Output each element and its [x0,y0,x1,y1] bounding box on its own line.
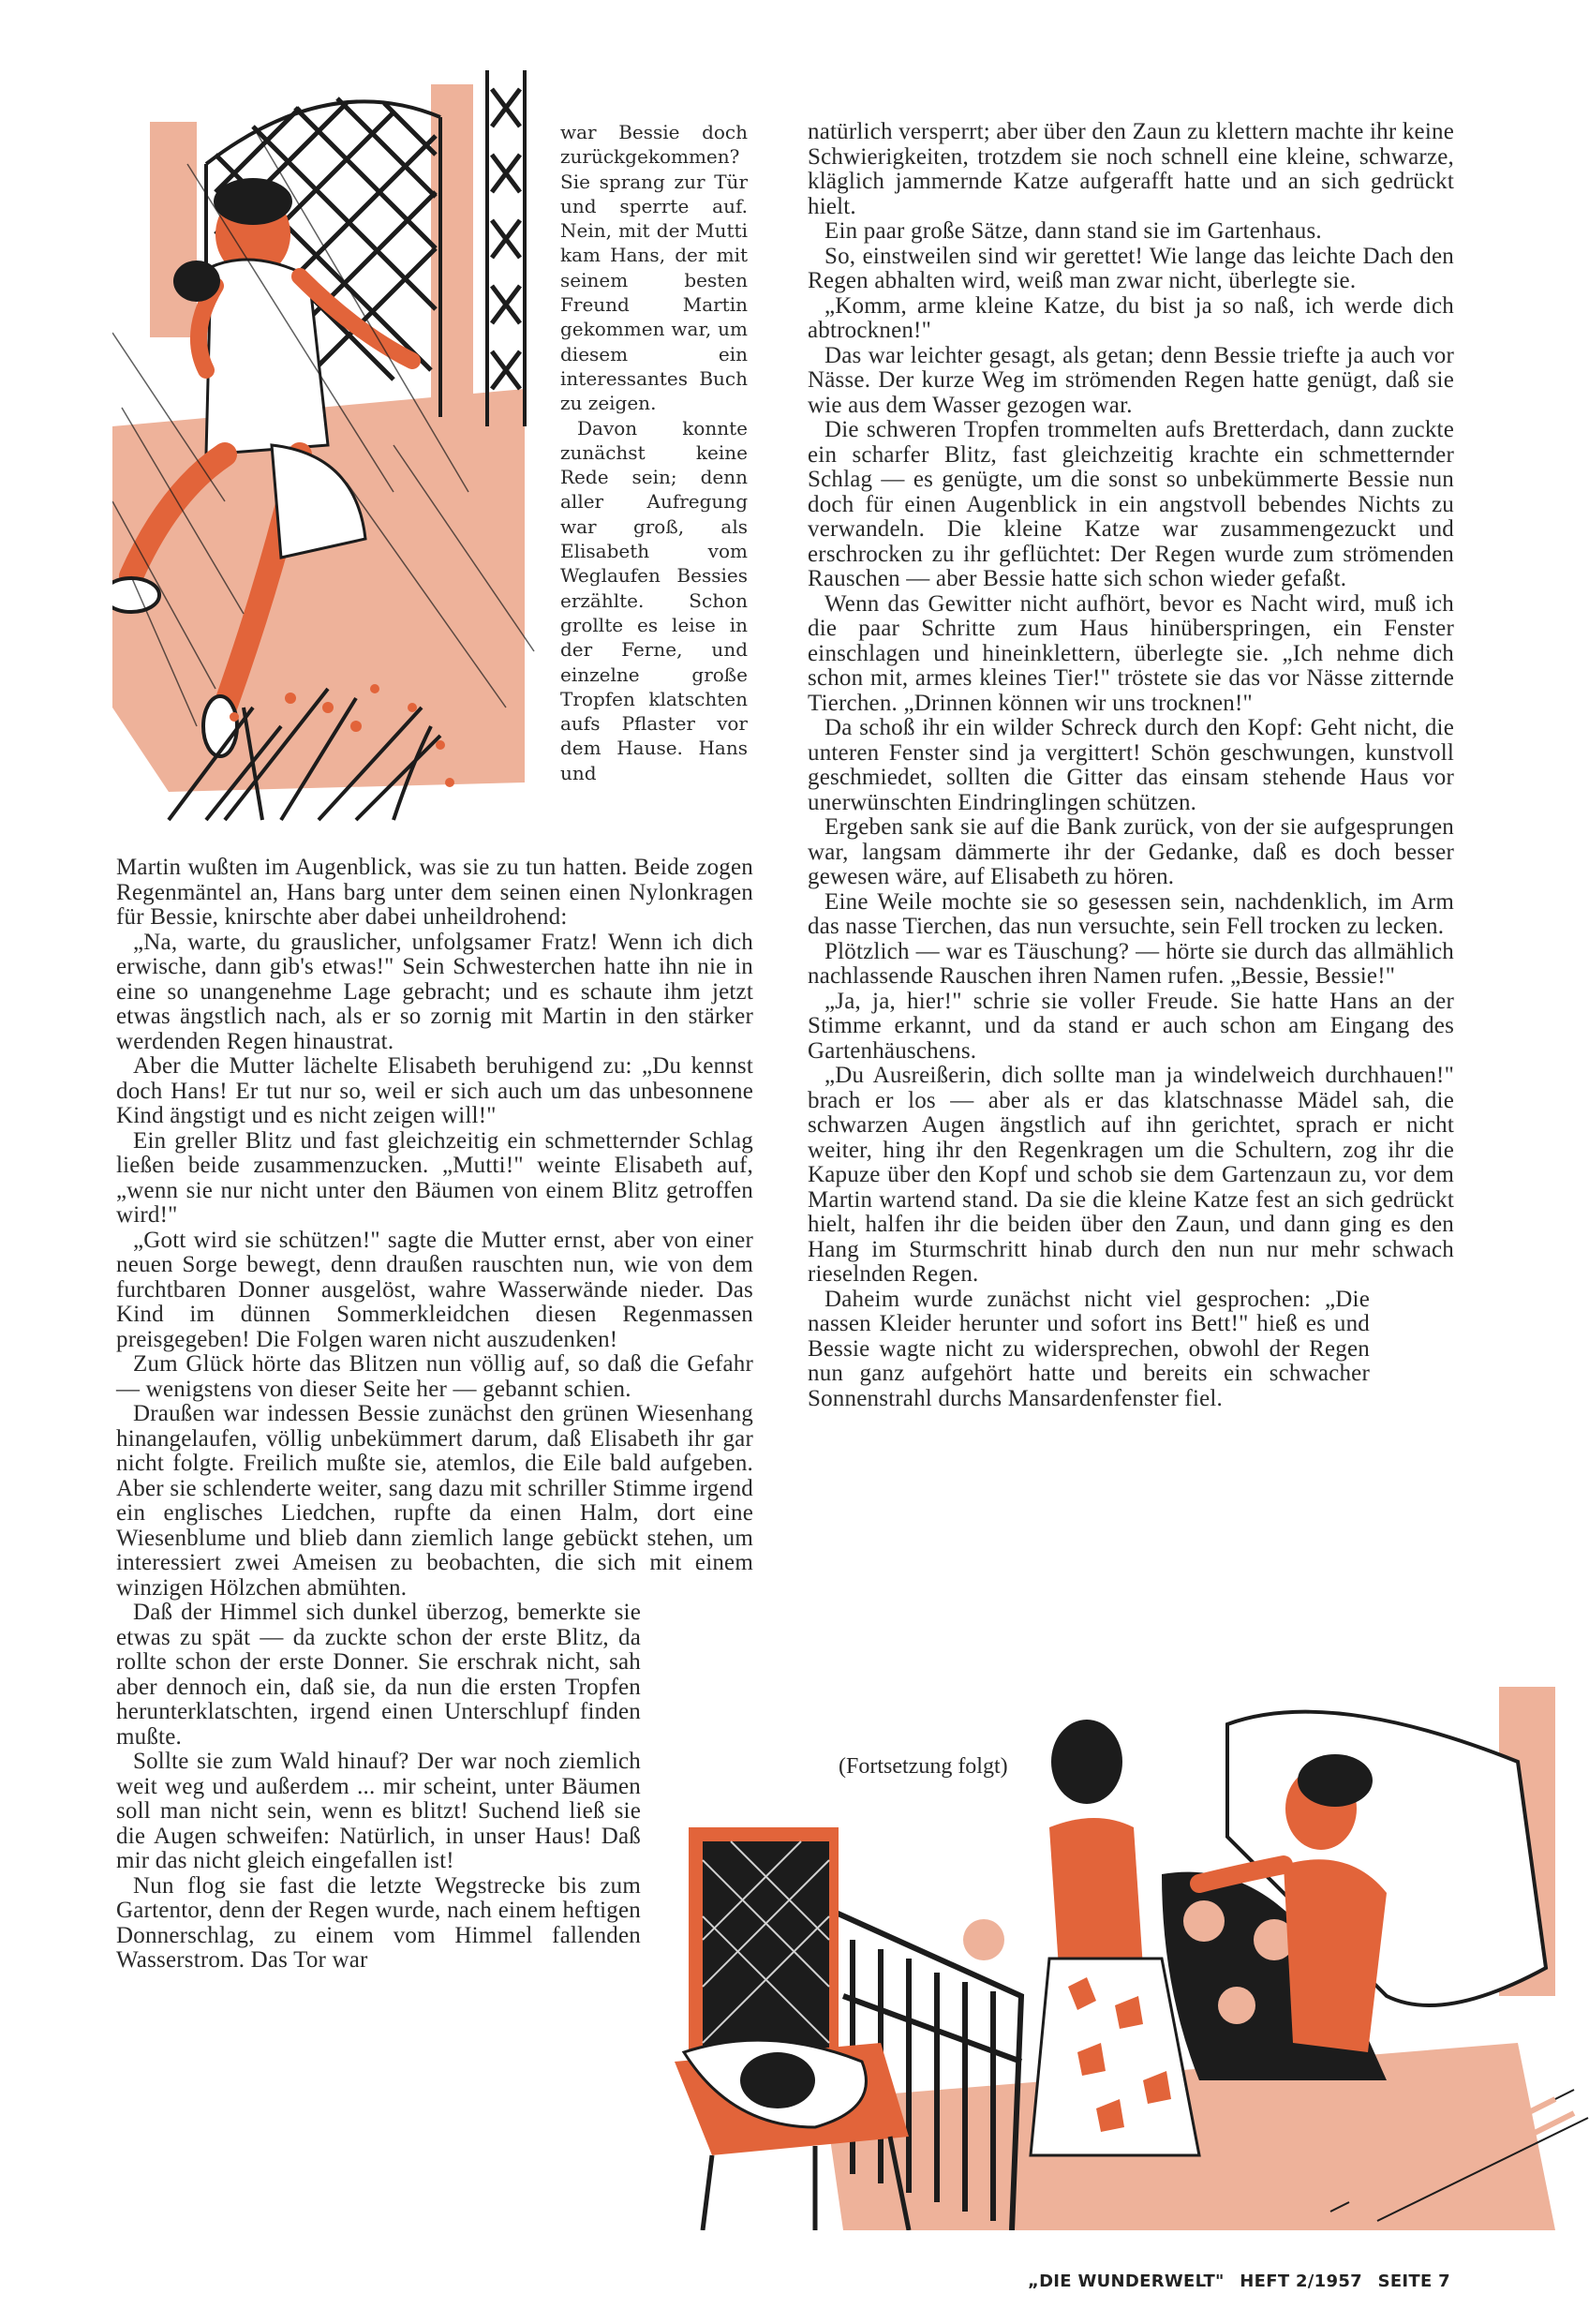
paragraph: So, einstweilen sind wir gerettet! Wie l… [808,245,1454,294]
paragraph: Das war leichter gesagt, als getan; denn… [808,344,1454,419]
paragraph: Nun flog sie fast die letzte Wegstrecke … [116,1874,641,1974]
paragraph: Draußen war indessen Bessie zunächst den… [116,1402,753,1601]
paragraph: „Komm, arme kleine Katze, du bist ja so … [808,294,1454,344]
magazine-name: „DIE WUNDERWELT" [1028,2272,1225,2291]
illustration-bedroom [675,1687,1589,2230]
paragraph: Zum Glück hörte das Blitzen nun völlig a… [116,1352,753,1402]
rain-scene-icon [112,52,548,829]
paragraph: Daheim wurde zunächst nicht viel gesproc… [808,1288,1370,1412]
left-text-column: Martin wußten im Augenblick, was sie zu … [116,856,753,1974]
paragraph: Sollte sie zum Wald hinauf? Der war noch… [116,1750,641,1874]
paragraph: Ein paar große Sätze, dann stand sie im … [808,219,1454,245]
paragraph: Ergeben sank sie auf die Bank zurück, vo… [808,815,1454,890]
paragraph: Ein greller Blitz und fast gleichzeitig … [116,1129,753,1229]
paragraph: Davon konnte zunächst keine Rede sein; d… [560,416,748,785]
paragraph: Martin wußten im Augenblick, was sie zu … [116,856,753,931]
page-footer: „DIE WUNDERWELT" HEFT 2/1957 SEITE 7 [1018,2272,1450,2291]
issue-number: HEFT 2/1957 [1240,2272,1362,2291]
narrow-text-column: war Bessie doch zurückgekommen? Sie spra… [560,120,748,785]
paragraph: Eine Weile mochte sie so gesessen sein, … [808,890,1454,940]
illustration-girl-in-rain [112,52,548,829]
paragraph: natürlich versperrt; aber über den Zaun … [808,120,1454,219]
paragraph: Wenn das Gewitter nicht aufhört, bevor e… [808,592,1454,717]
paragraph: Aber die Mutter lächelte Elisabeth beruh… [116,1054,753,1129]
paragraph: Daß der Himmel sich dunkel überzog, beme… [116,1601,641,1750]
paragraph: war Bessie doch zurückgekommen? Sie spra… [560,120,748,416]
paragraph: Plötzlich — war es Täuschung? — hörte si… [808,940,1454,990]
paragraph: „Ja, ja, hier!" schrie sie voller Freude… [808,990,1454,1065]
paragraph: Die schweren Tropfen trommelten aufs Bre… [808,418,1454,592]
magazine-page: war Bessie doch zurückgekommen? Sie spra… [0,0,1589,2324]
paragraph: „Du Ausreißerin, dich sollte man ja wind… [808,1064,1454,1288]
paragraph: „Gott wird sie schützen!" sagte die Mutt… [116,1229,753,1353]
page-number: SEITE 7 [1378,2272,1450,2291]
right-text-column: natürlich versperrt; aber über den Zaun … [808,120,1454,1411]
paragraph: Da schoß ihr ein wilder Schreck durch de… [808,716,1454,815]
bedroom-scene-icon [675,1687,1589,2230]
paragraph: „Na, warte, du grauslicher, unfolgsamer … [116,931,753,1055]
